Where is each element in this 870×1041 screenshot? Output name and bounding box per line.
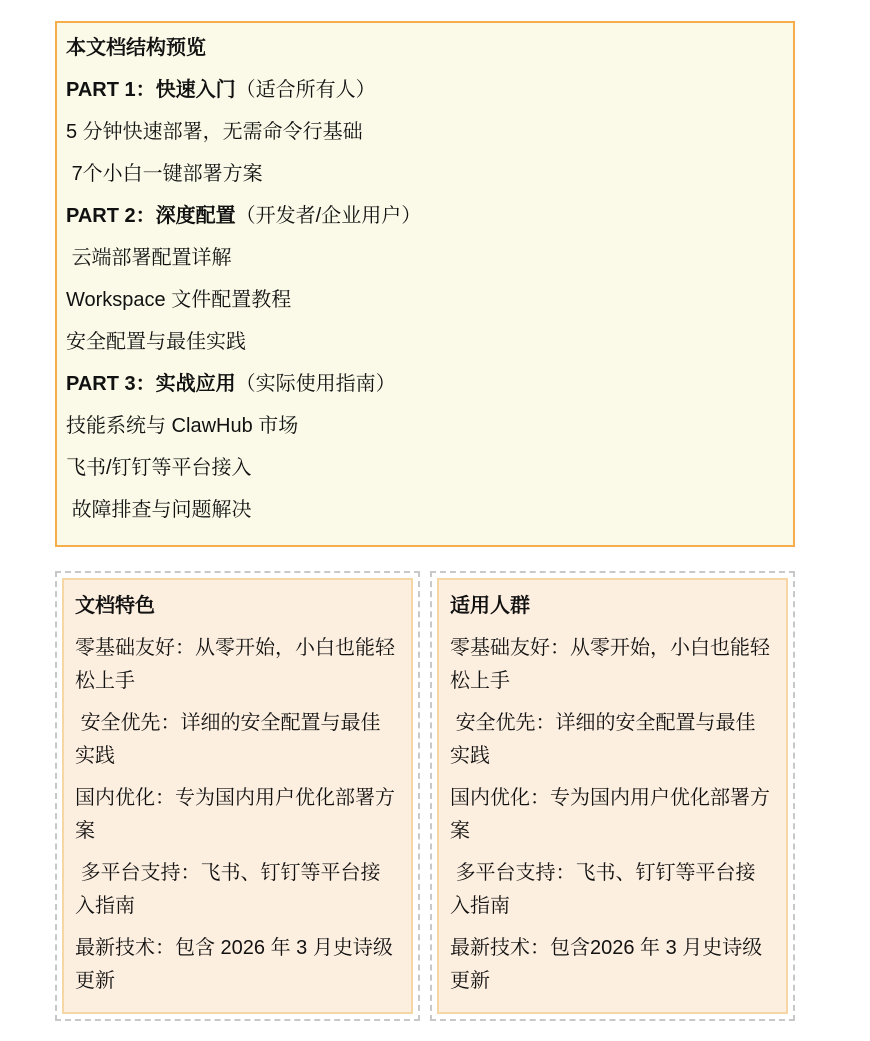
doc-line-text: 安全配置与最佳实践 (66, 331, 246, 353)
card-item: 多平台支持：飞书、钉钉等平台接入指南 (450, 857, 775, 923)
card-item: 国内优化：专为国内用户优化部署方案 (75, 782, 400, 848)
preview-title-text: 本文档结构预览 (66, 37, 206, 59)
doc-line-text: 云端部署配置详解 (66, 247, 232, 269)
doc-line: 安全配置与最佳实践 (66, 326, 777, 359)
card-target-audience-inner: 适用人群 零基础友好：从零开始，小白也能轻松上手 安全优先：详细的安全配置与最佳… (437, 578, 788, 1014)
card-doc-features-inner: 文档特色 零基础友好：从零开始，小白也能轻松上手 安全优先：详细的安全配置与最佳… (62, 578, 413, 1014)
card-item: 安全优先：详细的安全配置与最佳实践 (75, 707, 400, 773)
card-doc-features: 文档特色 零基础友好：从零开始，小白也能轻松上手 安全优先：详细的安全配置与最佳… (55, 571, 420, 1021)
doc-line-text: 故障排查与问题解决 (66, 499, 252, 521)
doc-line-part1: PART 1：快速入门（适合所有人） (66, 74, 777, 107)
doc-line: 飞书/钉钉等平台接入 (66, 452, 777, 485)
part1-subtitle: （适合所有人） (236, 79, 376, 101)
card-item: 最新技术：包含 2026 年 3 月史诗级更新 (75, 932, 400, 998)
doc-line: Workspace 文件配置教程 (66, 284, 777, 317)
doc-line-text: 飞书/钉钉等平台接入 (66, 457, 252, 479)
preview-title: 本文档结构预览 (66, 32, 777, 65)
part3-heading: PART 3：实战应用 (66, 373, 236, 395)
part2-subtitle: （开发者/企业用户） (236, 205, 422, 227)
card-title: 适用人群 (450, 590, 775, 623)
card-item: 多平台支持：飞书、钉钉等平台接入指南 (75, 857, 400, 923)
doc-structure-preview-box: 本文档结构预览 PART 1：快速入门（适合所有人） 5 分钟快速部署，无需命令… (55, 21, 795, 547)
part1-heading: PART 1：快速入门 (66, 79, 236, 101)
part2-heading: PART 2：深度配置 (66, 205, 236, 227)
doc-line: 5 分钟快速部署，无需命令行基础 (66, 116, 777, 149)
doc-line: 7个小白一键部署方案 (66, 158, 777, 191)
info-cards-row: 文档特色 零基础友好：从零开始，小白也能轻松上手 安全优先：详细的安全配置与最佳… (55, 571, 795, 1021)
doc-line-text: Workspace 文件配置教程 (66, 289, 291, 311)
doc-line-text: 5 分钟快速部署，无需命令行基础 (66, 121, 363, 143)
card-item: 国内优化：专为国内用户优化部署方案 (450, 782, 775, 848)
doc-line-text: 7个小白一键部署方案 (66, 163, 263, 185)
document-page: 本文档结构预览 PART 1：快速入门（适合所有人） 5 分钟快速部署，无需命令… (0, 0, 870, 1041)
card-title: 文档特色 (75, 590, 400, 623)
card-item: 零基础友好：从零开始，小白也能轻松上手 (75, 632, 400, 698)
doc-line-text: 技能系统与 ClawHub 市场 (66, 415, 298, 437)
card-item: 安全优先：详细的安全配置与最佳实践 (450, 707, 775, 773)
doc-line: 技能系统与 ClawHub 市场 (66, 410, 777, 443)
doc-line: 故障排查与问题解决 (66, 494, 777, 527)
card-item: 最新技术：包含2026 年 3 月史诗级更新 (450, 932, 775, 998)
doc-line: 云端部署配置详解 (66, 242, 777, 275)
doc-line-part3: PART 3：实战应用（实际使用指南） (66, 368, 777, 401)
doc-line-part2: PART 2：深度配置（开发者/企业用户） (66, 200, 777, 233)
part3-subtitle: （实际使用指南） (236, 373, 396, 395)
card-target-audience: 适用人群 零基础友好：从零开始，小白也能轻松上手 安全优先：详细的安全配置与最佳… (430, 571, 795, 1021)
card-item: 零基础友好：从零开始，小白也能轻松上手 (450, 632, 775, 698)
